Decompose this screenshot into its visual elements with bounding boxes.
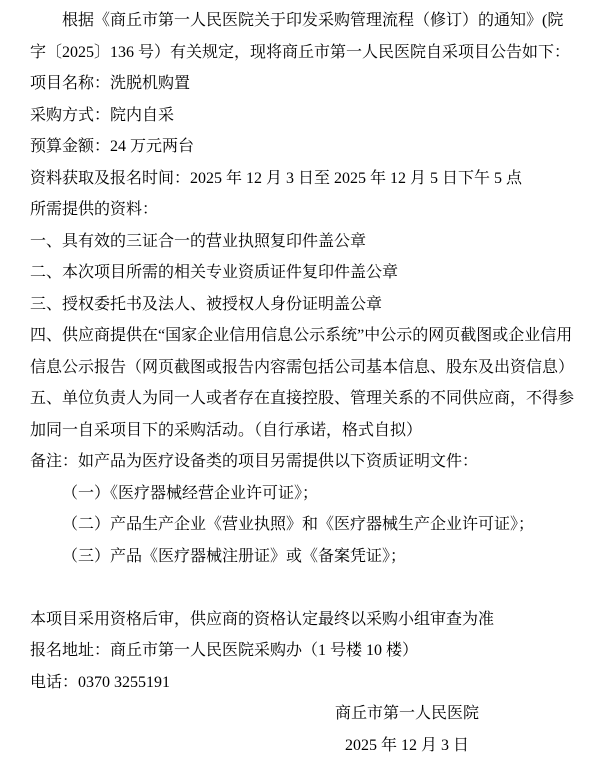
- phone-line: 电话：0370 3255191: [30, 667, 576, 699]
- blank-spacer: [30, 572, 576, 604]
- note-header: 备注：如产品为医疗设备类的项目另需提供以下资质证明文件：: [30, 446, 576, 478]
- closing-block: 商丘市第一人民医院 2025 年 12 月 3 日: [238, 698, 576, 761]
- required-materials-heading: 所需提供的资料：: [30, 194, 576, 226]
- budget-line: 预算金额：24 万元两台: [30, 131, 576, 163]
- signature-line: 商丘市第一人民医院: [238, 698, 576, 730]
- note-item-1: （一）《医疗器械经营企业许可证》；: [30, 478, 576, 510]
- review-note-line: 本项目采用资格后审，供应商的资格认定最终以采购小组审查为准: [30, 604, 576, 636]
- registration-time-line: 资料获取及报名时间：2025 年 12 月 3 日至 2025 年 12 月 5…: [30, 163, 576, 195]
- requirement-item-2: 二、本次项目所需的相关专业资质证件复印件盖公章: [30, 257, 576, 289]
- procurement-method-line: 采购方式：院内自采: [30, 100, 576, 132]
- date-line: 2025 年 12 月 3 日: [238, 730, 576, 761]
- project-name-line: 项目名称：洗脱机购置: [30, 68, 576, 100]
- announcement-document: 根据《商丘市第一人民医院关于印发采购管理流程（修订）的通知》(院字〔2025〕1…: [0, 0, 604, 761]
- address-line: 报名地址：商丘市第一人民医院采购办（1 号楼 10 楼）: [30, 635, 576, 667]
- requirement-item-1: 一、具有效的三证合一的营业执照复印件盖公章: [30, 226, 576, 258]
- note-item-2: （二）产品生产企业《营业执照》和《医疗器械生产企业许可证》；: [30, 509, 576, 541]
- requirement-item-5: 五、单位负责人为同一人或者存在直接控股、管理关系的不同供应商，不得参加同一自采项…: [30, 383, 576, 446]
- requirement-item-3: 三、授权委托书及法人、被授权人身份证明盖公章: [30, 289, 576, 321]
- note-item-3: （三）产品《医疗器械注册证》或《备案凭证》；: [30, 541, 576, 573]
- intro-paragraph: 根据《商丘市第一人民医院关于印发采购管理流程（修订）的通知》(院字〔2025〕1…: [30, 5, 576, 68]
- requirement-item-4: 四、供应商提供在“国家企业信用信息公示系统”中公示的网页截图或企业信用信息公示报…: [30, 320, 576, 383]
